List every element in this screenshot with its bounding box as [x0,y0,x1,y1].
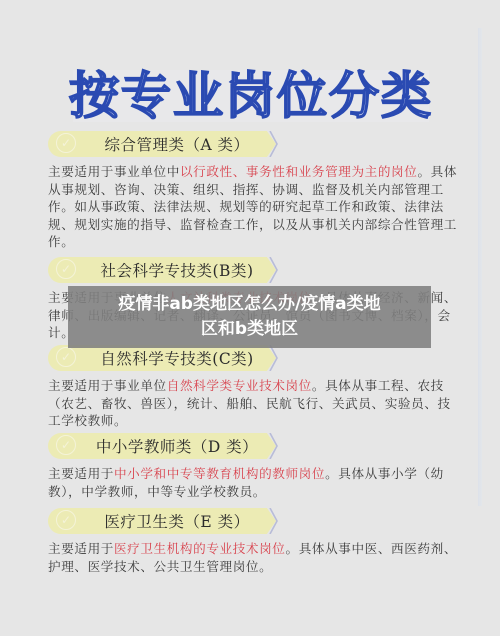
section-a: ✓ 综合管理类（A 类） 主要适用于事业单位中以行政性、事务性和业务管理为主的岗… [48,131,468,251]
section-header-b: ✓ 社会科学专技类(B类) [48,257,276,283]
desc-prefix: 主要适用于事业单位中 [48,164,180,179]
section-label: 综合管理类（A 类） [48,133,276,155]
caption-line-1: 疫情非ab类地区怎么办/疫情a类地 [118,292,380,317]
desc-highlight: 医疗卫生机构的专业技术岗位 [114,541,286,556]
section-label: 医疗卫生类（E 类） [48,510,276,532]
desc-highlight: 自然科学类专业技术岗位 [167,378,312,393]
section-header-e: ✓ 医疗卫生类（E 类） [48,508,276,534]
desc-prefix: 主要适用于 [48,541,114,556]
section-label: 中小学教师类（D 类） [48,435,276,457]
section-header-a: ✓ 综合管理类（A 类） [48,131,276,157]
section-description: 主要适用于事业单位中以行政性、事务性和业务管理为主的岗位。具体从事规划、咨询、决… [48,163,458,251]
pill-edge-icon [269,131,281,157]
section-d: ✓ 中小学教师类（D 类） 主要适用于中小学和中专等教育机构的教师岗位。具体从事… [48,433,468,500]
pill-edge-icon [269,508,281,534]
section-description: 主要适用于中小学和中专等教育机构的教师岗位。具体从事小学（幼教），中学教师，中等… [48,465,458,500]
pill-edge-icon [269,433,281,459]
section-label: 自然科学专技类(C类) [48,347,276,369]
section-description: 主要适用于医疗卫生机构的专业技术岗位。具体从事中医、西医药剂、护理、医学技术、公… [48,540,458,575]
page-edge-shadow [478,28,482,506]
section-description: 主要适用于事业单位自然科学类专业技术岗位。具体从事工程、农技（农艺、畜牧、兽医）… [48,377,458,430]
pill-edge-icon [269,345,281,371]
desc-highlight: 以行政性、事务性和业务管理为主的岗位 [180,164,418,179]
desc-prefix: 主要适用于 [48,466,114,481]
desc-prefix: 主要适用于事业单位 [48,378,167,393]
page-title: 按专业岗位分类 [73,70,429,122]
section-header-c: ✓ 自然科学专技类(C类) [48,345,276,371]
section-header-d: ✓ 中小学教师类（D 类） [48,433,276,459]
caption-overlay: 疫情非ab类地区怎么办/疫情a类地 区和b类地区 [68,286,431,348]
caption-line-2: 区和b类地区 [201,317,298,342]
section-label: 社会科学专技类(B类) [48,259,276,281]
desc-highlight: 中小学和中专等教育机构的教师岗位 [114,466,325,481]
section-c: ✓ 自然科学专技类(C类) 主要适用于事业单位自然科学类专业技术岗位。具体从事工… [48,345,468,430]
pill-edge-icon [269,257,281,283]
section-e: ✓ 医疗卫生类（E 类） 主要适用于医疗卫生机构的专业技术岗位。具体从事中医、西… [48,508,468,575]
